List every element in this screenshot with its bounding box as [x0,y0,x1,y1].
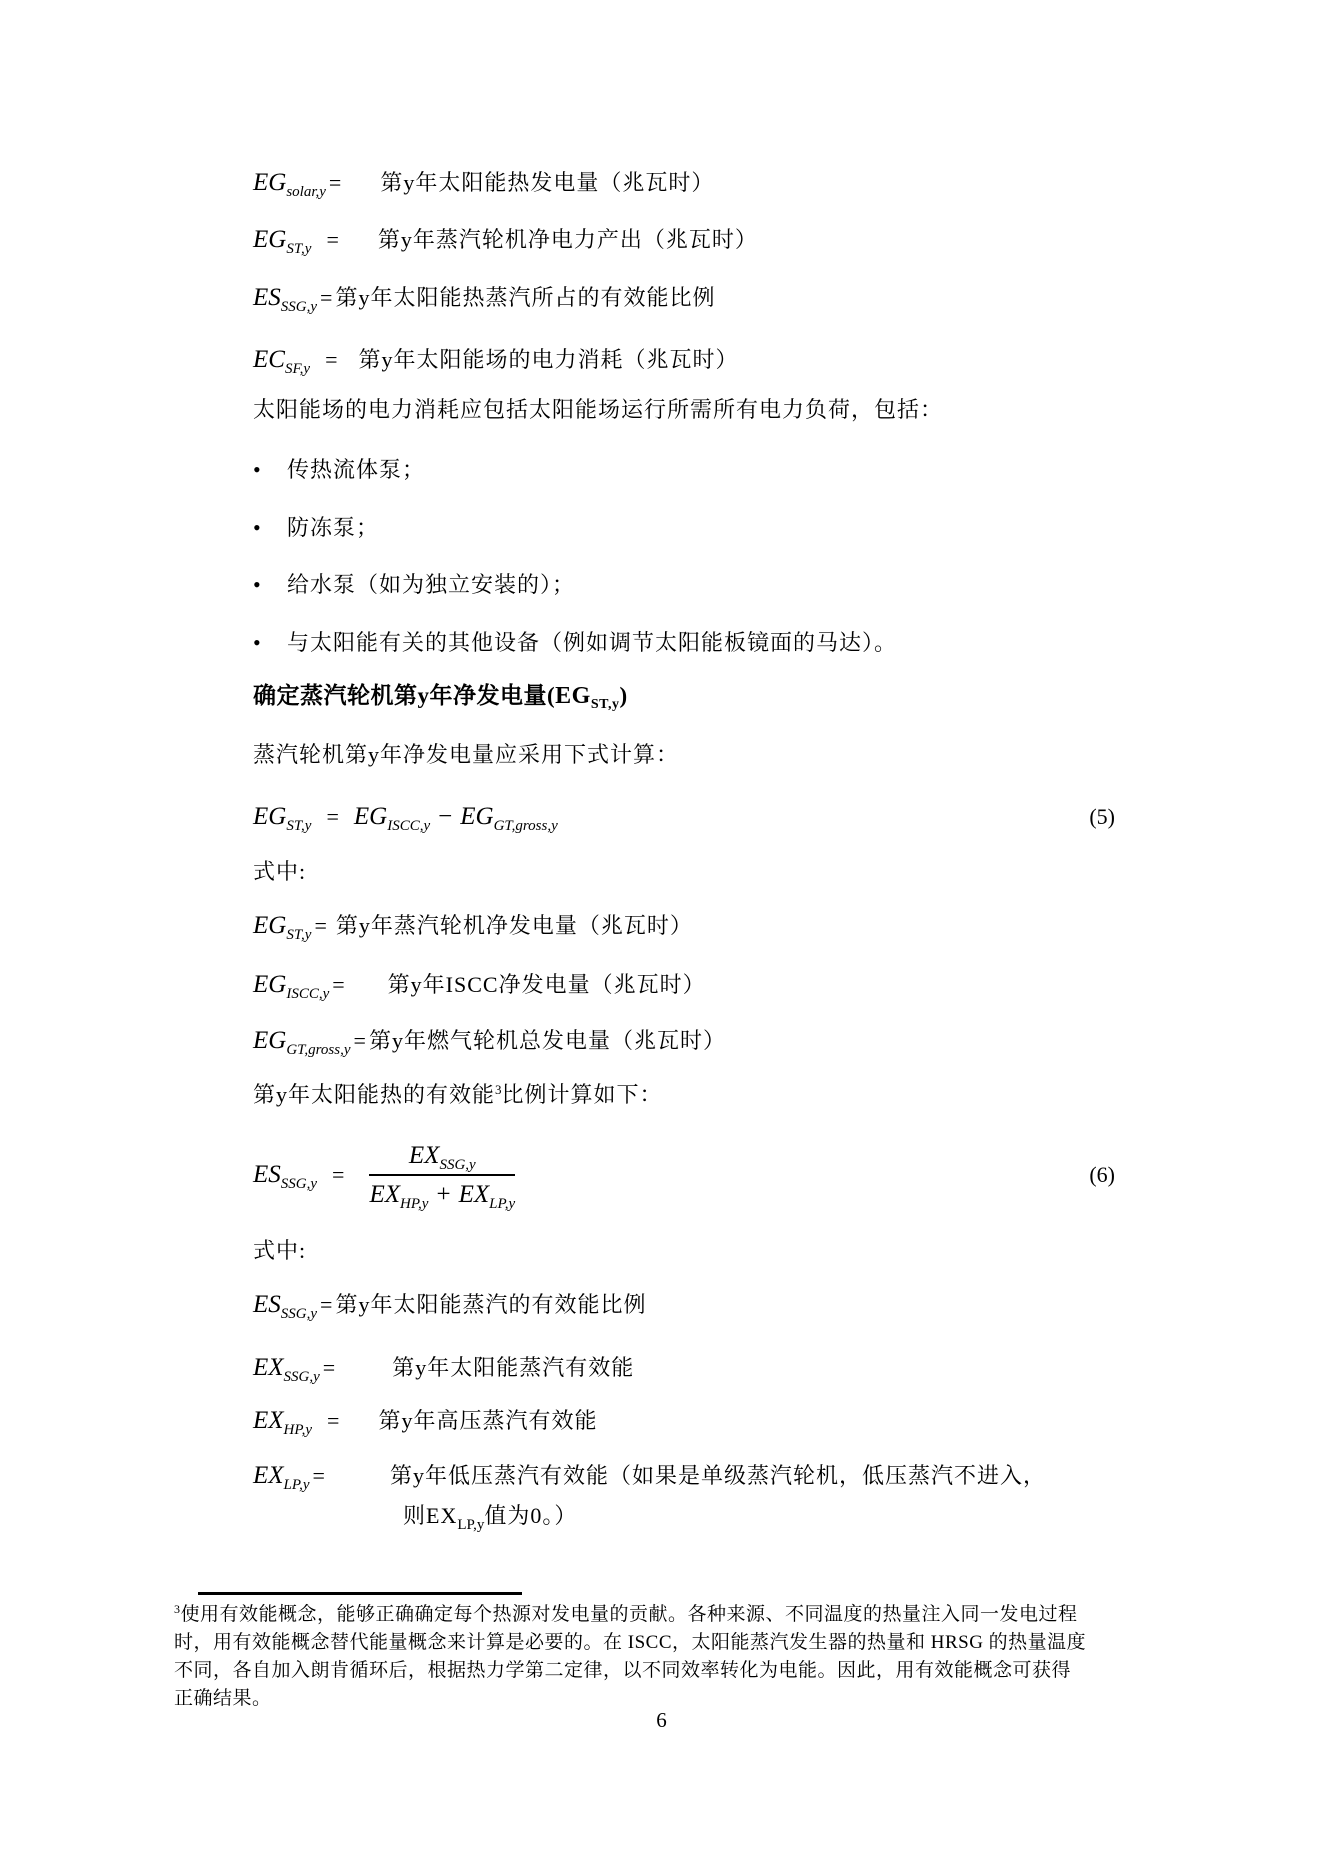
definition-line: EGST,y=第y年蒸汽轮机净电力产出（兆瓦时） [253,225,1115,255]
variable-symbol: ECSF,y [253,346,310,373]
footnote-divider [198,1592,522,1595]
bullet-item: •给水泵（如为独立安装的）； [253,570,1115,600]
definition-text: 第y年高压蒸汽有效能 [378,1408,597,1433]
definition-text: 第y年太阳能蒸汽有效能 [392,1355,634,1380]
where-label: 式中: [253,857,1115,887]
variable-symbol: EGST,y [253,226,311,253]
definition-text: 第y年太阳能蒸汽的有效能比例 [335,1292,646,1317]
equation-5: EGST,y=EGISCC,y−EGGT,gross,y (5) [253,799,1115,835]
paragraph-solar-field-loads: 太阳能场的电力消耗应包括太阳能场运行所需所有电力负荷，包括： [253,395,1115,425]
definition-line: EGsolar,y=第y年太阳能热发电量（兆瓦时） [253,168,1115,198]
variable-symbol: ESSSG,y [253,284,317,311]
variable-symbol: EXSSG,y [253,1354,320,1381]
equation-6: ESSSG,y=EXSSG,yEXHP,y+EXLP,y (6) [253,1132,1115,1218]
definition-line: EXLP,y=第y年低压蒸汽有效能（如果是单级蒸汽轮机，低压蒸汽不进入， [253,1461,1115,1491]
equation-number: (5) [1089,799,1115,835]
bullet-icon: • [253,513,287,543]
variable-symbol: ESSSG,y [253,1291,317,1318]
definition-line: EXHP,y=第y年高压蒸汽有效能 [253,1406,1115,1436]
equals-sign: = [317,285,335,310]
equals-sign: = [326,170,344,195]
bullet-icon: • [253,455,287,485]
definition-line: ESSSG,y=第y年太阳能热蒸汽所占的有效能比例 [253,283,1115,313]
where-label: 式中: [253,1236,1115,1266]
definition-text: 第y年ISCC净发电量（兆瓦时） [388,972,706,997]
bullet-item: •防冻泵； [253,513,1115,543]
definition-line: EXSSG,y=第y年太阳能蒸汽有效能 [253,1353,1115,1383]
definition-text: 第y年蒸汽轮机净发电量（兆瓦时） [336,913,693,938]
equals-sign: = [311,227,353,252]
variable-symbol: EXLP,y [253,1462,310,1489]
definition-line: ECSF,y=第y年太阳能场的电力消耗（兆瓦时） [253,345,1115,375]
section-heading: 确定蒸汽轮机第y年净发电量(EGST,y) [253,681,1115,711]
definition-line: EGGT,gross,y=第y年燃气轮机总发电量（兆瓦时） [253,1026,1115,1056]
definition-text: 第y年太阳能热发电量（兆瓦时） [380,170,714,195]
variable-symbol: EGsolar,y [253,169,326,196]
footnote-line: 时，用有效能概念替代能量概念来计算是必要的。在 ISCC，太阳能蒸汽发生器的热量… [174,1629,1159,1657]
equation-number: (6) [1089,1162,1115,1188]
definition-continuation: 则EXLP,y值为0。） [403,1501,1265,1531]
definition-line: ESSSG,y=第y年太阳能蒸汽的有效能比例 [253,1290,1115,1320]
document-page: EGsolar,y=第y年太阳能热发电量（兆瓦时） EGST,y=第y年蒸汽轮机… [0,0,1323,1871]
bullet-item: •与太阳能有关的其他设备（例如调节太阳能板镜面的马达）。 [253,628,1115,658]
variable-subscript: LP,y [457,1517,484,1533]
bullet-text: 给水泵（如为独立安装的）； [287,572,575,597]
definition-line: EGISCC,y=第y年ISCC净发电量（兆瓦时） [253,970,1115,1000]
bullet-icon: • [253,628,287,658]
paragraph-eq5-intro: 蒸汽轮机第y年净发电量应采用下式计算： [253,740,1115,770]
bullet-text: 与太阳能有关的其他设备（例如调节太阳能板镜面的马达）。 [287,630,897,655]
definition-text: 第y年燃气轮机总发电量（兆瓦时） [369,1028,726,1053]
footnote-line: 不同，各自加入朗肯循环后，根据热力学第二定律，以不同效率转化为电能。因此，用有效… [174,1657,1159,1685]
bullet-icon: • [253,570,287,600]
variable-symbol: EGISCC,y [253,971,329,998]
variable-symbol: EXHP,y [253,1407,312,1434]
bullet-text: 防冻泵； [287,515,379,540]
footnote-line: 3使用有效能概念，能够正确确定每个热源对发电量的贡献。各种来源、不同温度的热量注… [174,1601,1159,1629]
definition-text: 第y年低压蒸汽有效能（如果是单级蒸汽轮机，低压蒸汽不进入， [390,1463,1046,1488]
definition-line: EGST,y=第y年蒸汽轮机净发电量（兆瓦时） [253,911,1115,941]
bullet-text: 传热流体泵； [287,457,425,482]
definition-text: 第y年蒸汽轮机净电力产出（兆瓦时） [378,227,758,252]
definition-text: 第y年太阳能热蒸汽所占的有效能比例 [335,285,715,310]
paragraph-eq6-intro: 第y年太阳能热的有效能3比例计算如下： [253,1080,1115,1110]
page-number: 6 [0,1708,1323,1733]
variable-symbol: EGST,y [555,683,619,709]
equals-sign: = [310,347,352,372]
definition-text: 第y年太阳能场的电力消耗（兆瓦时） [359,347,739,372]
bullet-item: •传热流体泵； [253,455,1115,485]
footnote: 3使用有效能概念，能够正确确定每个热源对发电量的贡献。各种来源、不同温度的热量注… [174,1601,1159,1713]
fraction: EXSSG,yEXHP,y+EXLP,y [369,1142,515,1209]
variable-symbol: EGGT,gross,y [253,1027,351,1054]
variable-symbol: EGST,y [253,912,311,939]
